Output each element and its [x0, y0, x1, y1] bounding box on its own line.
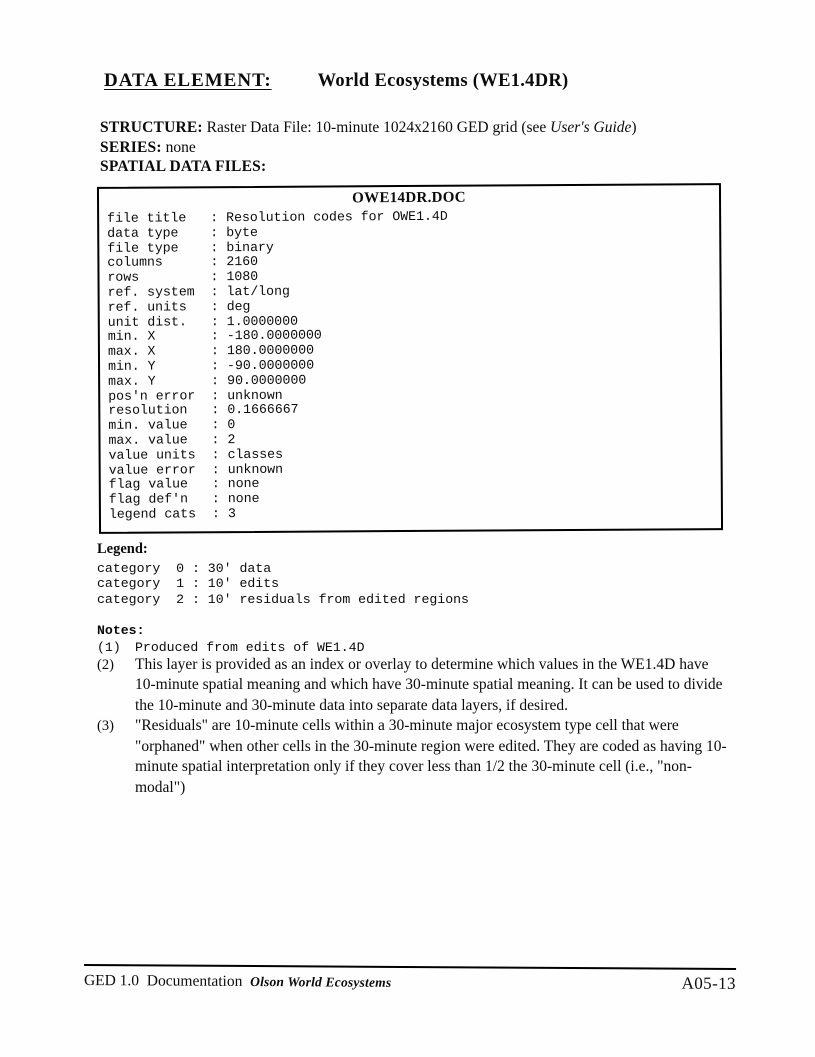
attr-value: 0	[227, 418, 235, 433]
structure-line: STRUCTURE: Raster Data File: 10-minute 1…	[100, 118, 725, 138]
attr-value: 2160	[226, 255, 258, 270]
series-line: SERIES: none	[100, 138, 725, 158]
attr-label: ref. units	[108, 300, 203, 315]
legend-category-2: category 2 : 10' residuals from edited r…	[97, 592, 725, 607]
page-footer: GED 1.0 Documentation Olson World Ecosys…	[84, 964, 736, 994]
note-text: "Residuals" are 10-minute cells within a…	[135, 716, 727, 798]
attr-value: classes	[228, 447, 283, 462]
attr-value: 180.0000000	[227, 343, 314, 358]
attr-value: none	[228, 477, 260, 492]
attr-label: value error	[109, 462, 204, 477]
notes-heading: Notes:	[97, 623, 725, 638]
spatial-data-file-box: OWE14DR.DOC file title:Resolution codes …	[97, 183, 723, 534]
attr-label: min. Y	[108, 359, 203, 374]
structure-value-close: )	[631, 119, 636, 136]
attr-value: 1.0000000	[227, 314, 298, 329]
attr-separator: :	[202, 240, 226, 255]
attr-label: columns	[107, 255, 202, 270]
attr-separator: :	[203, 285, 227, 300]
legend-category-1: category 1 : 10' edits	[97, 576, 725, 591]
document-page: DATA ELEMENT: World Ecosystems (WE1.4DR)…	[0, 0, 815, 1057]
note-text: This layer is provided as an index or ov…	[135, 655, 727, 717]
attr-value: Resolution codes for OWE1.4D	[226, 209, 448, 225]
metadata-section: STRUCTURE: Raster Data File: 10-minute 1…	[100, 118, 725, 177]
attr-value: unknown	[228, 462, 283, 477]
attr-value: byte	[226, 225, 258, 240]
attr-separator: :	[203, 329, 227, 344]
structure-label: STRUCTURE:	[100, 119, 203, 136]
attr-value: 90.0000000	[227, 373, 306, 388]
spatial-data-files-label: SPATIAL DATA FILES:	[100, 158, 266, 175]
data-element-label: DATA ELEMENT:	[104, 70, 272, 92]
attr-value: 3	[228, 507, 236, 522]
attr-separator: :	[203, 433, 227, 448]
footer-doc-subtitle: Olson World Ecosystems	[250, 974, 391, 990]
footer-page-number: A05-13	[682, 974, 736, 994]
attr-label: max. X	[108, 344, 203, 359]
attr-separator: :	[203, 299, 227, 314]
spatial-data-files-line: SPATIAL DATA FILES:	[100, 157, 725, 177]
attr-separator: :	[202, 270, 226, 285]
note-2: (2) This layer is provided as an index o…	[97, 655, 725, 717]
note-number: (2)	[97, 655, 135, 676]
attr-label: file type	[107, 240, 202, 255]
attr-label: pos'n error	[108, 388, 203, 403]
structure-value-italic: User's Guide	[550, 119, 631, 136]
table-row: legend cats:3	[109, 504, 713, 522]
attr-separator: :	[204, 447, 228, 462]
structure-value: Raster Data File: 10-minute 1024x2160 GE…	[207, 119, 551, 136]
attr-label: ref. system	[108, 285, 203, 300]
attr-separator: :	[203, 418, 227, 433]
legend-category-0: category 0 : 30' data	[97, 561, 725, 576]
attr-value: none	[228, 492, 260, 507]
attr-separator: :	[203, 373, 227, 388]
note-number: (1)	[97, 640, 135, 655]
attr-separator: :	[204, 477, 228, 492]
attr-value: 0.1666667	[227, 403, 298, 418]
note-number: (3)	[97, 716, 135, 737]
data-element-value: World Ecosystems (WE1.4DR)	[318, 71, 569, 92]
footer-document-title: GED 1.0 Documentation Olson World Ecosys…	[84, 972, 391, 992]
attr-value: unknown	[227, 388, 282, 403]
attr-separator: :	[203, 403, 227, 418]
attr-value: 2	[227, 433, 235, 448]
attr-separator: :	[202, 225, 226, 240]
attr-separator: :	[203, 388, 227, 403]
attr-separator: :	[203, 314, 227, 329]
legend-heading: Legend:	[97, 541, 725, 558]
attr-label: max. Y	[108, 374, 203, 389]
attr-label: data type	[107, 226, 202, 241]
attr-label: legend cats	[109, 507, 204, 522]
attr-separator: :	[202, 255, 226, 270]
attr-value: binary	[226, 240, 274, 255]
attr-separator: :	[204, 507, 228, 522]
attr-label: min. value	[108, 418, 203, 433]
footer-doc-label: GED 1.0 Documentation	[84, 972, 250, 990]
attr-value: lat/long	[227, 284, 290, 299]
attr-separator: :	[202, 211, 226, 226]
attr-separator: :	[204, 462, 228, 477]
notes-section: Notes: (1) Produced from edits of WE1.4D…	[97, 623, 725, 799]
attr-label: min. X	[108, 329, 203, 344]
attr-label: value units	[109, 448, 204, 463]
file-attributes-table: file title:Resolution codes for OWE1.4D …	[107, 208, 713, 522]
series-value: none	[166, 139, 196, 156]
attr-label: max. value	[108, 433, 203, 448]
doc-file-name: OWE14DR.DOC	[107, 188, 711, 209]
attr-label: flag value	[109, 477, 204, 492]
page-title: DATA ELEMENT: World Ecosystems (WE1.4DR)	[104, 70, 725, 92]
attr-value: deg	[227, 299, 251, 314]
attr-separator: :	[203, 359, 227, 374]
note-1: (1) Produced from edits of WE1.4D	[97, 640, 725, 655]
attr-separator: :	[204, 492, 228, 507]
attr-label: unit dist.	[108, 314, 203, 329]
note-text: Produced from edits of WE1.4D	[135, 640, 727, 655]
note-3: (3) "Residuals" are 10-minute cells with…	[97, 716, 725, 798]
legend-section: Legend: category 0 : 30' data category 1…	[97, 541, 725, 607]
attr-label: flag def'n	[109, 492, 204, 507]
attr-separator: :	[203, 344, 227, 359]
attr-label: file title	[107, 211, 202, 226]
page-content: DATA ELEMENT: World Ecosystems (WE1.4DR)…	[100, 70, 725, 798]
attr-value: -180.0000000	[227, 328, 322, 343]
series-label: SERIES:	[100, 139, 162, 156]
attr-label: resolution	[108, 403, 203, 418]
attr-label: rows	[107, 270, 202, 285]
attr-value: -90.0000000	[227, 358, 314, 373]
attr-value: 1080	[226, 270, 258, 285]
